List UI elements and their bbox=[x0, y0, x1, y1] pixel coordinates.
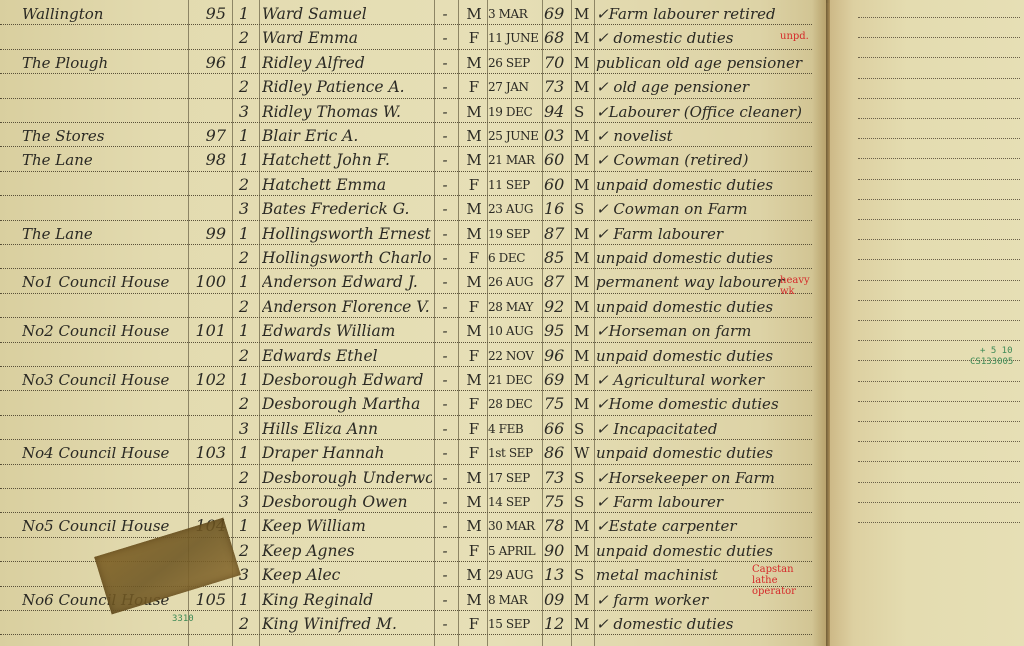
sex-cell: M bbox=[462, 1, 486, 25]
sub-number-cell: 2 bbox=[232, 391, 256, 415]
officer-cell: - bbox=[436, 123, 454, 147]
birth-year-cell: 78 bbox=[544, 513, 570, 537]
sex-cell: F bbox=[462, 25, 486, 49]
right-page: + 5 10 CS133005 bbox=[830, 0, 1024, 646]
officer-cell: - bbox=[436, 1, 454, 25]
schedule-number-cell bbox=[188, 245, 230, 269]
sub-number-cell: 3 bbox=[232, 196, 256, 220]
officer-cell: - bbox=[436, 99, 454, 123]
address-cell: No4 Council House bbox=[22, 440, 182, 464]
sex-cell: M bbox=[462, 318, 486, 342]
sex-cell: F bbox=[462, 343, 486, 367]
left-page: Wallington951Ward Samuel-M3 MAR69M✓Farm … bbox=[0, 0, 826, 646]
schedule-number-cell: 101 bbox=[188, 318, 230, 342]
address-cell bbox=[22, 489, 182, 513]
name-cell: King Reginald bbox=[262, 587, 432, 611]
officer-cell: - bbox=[436, 465, 454, 489]
sex-cell: F bbox=[462, 74, 486, 98]
name-cell: Ridley Thomas W. bbox=[262, 99, 432, 123]
schedule-number-cell bbox=[188, 465, 230, 489]
name-cell: Anderson Edward J. bbox=[262, 269, 432, 293]
ruled-line bbox=[858, 199, 1020, 200]
birth-year-cell: 03 bbox=[544, 123, 570, 147]
table-row: 2Edwards Ethel-F22 NOV96Munpaid domestic… bbox=[0, 343, 812, 367]
officer-cell: - bbox=[436, 440, 454, 464]
ruled-line bbox=[858, 57, 1020, 58]
occupation-cell: ✓Horseman on farm bbox=[596, 318, 816, 342]
birth-date-cell: 26 AUG bbox=[488, 269, 544, 293]
address-cell: Wallington bbox=[22, 1, 182, 25]
ruled-line bbox=[858, 138, 1020, 139]
sex-cell: F bbox=[462, 391, 486, 415]
marital-status-cell: M bbox=[574, 513, 594, 537]
marital-status-cell: S bbox=[574, 196, 594, 220]
marital-status-cell: M bbox=[574, 611, 594, 635]
marital-status-cell: M bbox=[574, 50, 594, 74]
birth-date-cell: 29 AUG bbox=[488, 562, 544, 586]
occupation-cell: unpaid domestic duties bbox=[596, 538, 816, 562]
occupation-cell: ✓Estate carpenter bbox=[596, 513, 816, 537]
schedule-number-cell bbox=[188, 25, 230, 49]
sex-cell: F bbox=[462, 538, 486, 562]
name-cell: Keep Alec bbox=[262, 562, 432, 586]
officer-cell: - bbox=[436, 611, 454, 635]
ruled-line bbox=[858, 320, 1020, 321]
address-cell: No3 Council House bbox=[22, 367, 182, 391]
officer-cell: - bbox=[436, 538, 454, 562]
birth-year-cell: 87 bbox=[544, 221, 570, 245]
occupation-cell: ✓ Cowman on Farm bbox=[596, 196, 816, 220]
marital-status-cell: M bbox=[574, 318, 594, 342]
schedule-number-cell bbox=[188, 294, 230, 318]
sex-cell: M bbox=[462, 513, 486, 537]
schedule-number-cell: 95 bbox=[188, 1, 230, 25]
marital-status-cell: M bbox=[574, 269, 594, 293]
table-row: 3Bates Frederick G.-M23 AUG16S✓ Cowman o… bbox=[0, 196, 812, 220]
sex-cell: M bbox=[462, 562, 486, 586]
name-cell: Blair Eric A. bbox=[262, 123, 432, 147]
name-cell: Edwards William bbox=[262, 318, 432, 342]
sex-cell: F bbox=[462, 245, 486, 269]
birth-year-cell: 66 bbox=[544, 416, 570, 440]
marital-status-cell: S bbox=[574, 416, 594, 440]
table-row: Wallington951Ward Samuel-M3 MAR69M✓Farm … bbox=[0, 1, 812, 25]
occupation-cell: unpaid domestic duties bbox=[596, 440, 816, 464]
sex-cell: M bbox=[462, 587, 486, 611]
birth-year-cell: 90 bbox=[544, 538, 570, 562]
green-reference-right-2: CS133005 bbox=[970, 357, 1013, 367]
sub-number-cell: 1 bbox=[232, 50, 256, 74]
sub-number-cell: 1 bbox=[232, 123, 256, 147]
birth-year-cell: 12 bbox=[544, 611, 570, 635]
table-row: No5 Council House1041Keep William-M30 MA… bbox=[0, 513, 812, 537]
marital-status-cell: S bbox=[574, 562, 594, 586]
officer-cell: - bbox=[436, 74, 454, 98]
sex-cell: F bbox=[462, 294, 486, 318]
officer-cell: - bbox=[436, 294, 454, 318]
table-row: No2 Council House1011Edwards William-M10… bbox=[0, 318, 812, 342]
address-cell: No1 Council House bbox=[22, 269, 182, 293]
birth-date-cell: 21 MAR bbox=[488, 147, 544, 171]
name-cell: King Winifred M. bbox=[262, 611, 432, 635]
schedule-number-cell: 97 bbox=[188, 123, 230, 147]
sub-number-cell: 1 bbox=[232, 269, 256, 293]
table-row: 3Desborough Owen-M14 SEP75S✓ Farm labour… bbox=[0, 489, 812, 513]
occupation-cell: unpaid domestic duties bbox=[596, 343, 816, 367]
marital-status-cell: M bbox=[574, 587, 594, 611]
birth-date-cell: 4 FEB bbox=[488, 416, 544, 440]
officer-cell: - bbox=[436, 147, 454, 171]
table-row: 2Desborough Underwood-M17 SEP73S✓Horseke… bbox=[0, 465, 812, 489]
ruled-line bbox=[858, 461, 1020, 462]
birth-year-cell: 09 bbox=[544, 587, 570, 611]
green-reference-right-1: + 5 10 bbox=[980, 346, 1013, 356]
birth-year-cell: 16 bbox=[544, 196, 570, 220]
ruled-line bbox=[858, 502, 1020, 503]
occupation-cell: unpaid domestic duties bbox=[596, 294, 816, 318]
table-row: The Lane981Hatchett John F.-M21 MAR60M✓ … bbox=[0, 147, 812, 171]
officer-cell: - bbox=[436, 489, 454, 513]
sex-cell: F bbox=[462, 611, 486, 635]
name-cell: Keep Agnes bbox=[262, 538, 432, 562]
marital-status-cell: M bbox=[574, 1, 594, 25]
table-row: 2King Winifred M.-F15 SEP12M✓ domestic d… bbox=[0, 611, 812, 635]
officer-cell: - bbox=[436, 343, 454, 367]
schedule-number-cell bbox=[188, 611, 230, 635]
green-reference-left: 3310 bbox=[172, 614, 194, 624]
sub-number-cell: 1 bbox=[232, 440, 256, 464]
name-cell: Hills Eliza Ann bbox=[262, 416, 432, 440]
schedule-number-cell bbox=[188, 343, 230, 367]
address-cell bbox=[22, 416, 182, 440]
schedule-number-cell: 96 bbox=[188, 50, 230, 74]
occupation-cell: ✓ Cowman (retired) bbox=[596, 147, 816, 171]
birth-date-cell: 6 DEC bbox=[488, 245, 544, 269]
register-spread: Wallington951Ward Samuel-M3 MAR69M✓Farm … bbox=[0, 0, 1024, 646]
sub-number-cell: 3 bbox=[232, 416, 256, 440]
sub-number-cell: 2 bbox=[232, 294, 256, 318]
marital-status-cell: M bbox=[574, 391, 594, 415]
sub-number-cell: 1 bbox=[232, 513, 256, 537]
address-cell bbox=[22, 245, 182, 269]
birth-date-cell: 23 AUG bbox=[488, 196, 544, 220]
ruled-line bbox=[858, 17, 1020, 18]
officer-cell: - bbox=[436, 391, 454, 415]
birth-date-cell: 11 JUNE bbox=[488, 25, 544, 49]
schedule-number-cell bbox=[188, 172, 230, 196]
officer-cell: - bbox=[436, 367, 454, 391]
schedule-number-cell bbox=[188, 99, 230, 123]
occupation-cell: ✓Horsekeeper on Farm bbox=[596, 465, 816, 489]
marital-status-cell: M bbox=[574, 367, 594, 391]
birth-date-cell: 19 SEP bbox=[488, 221, 544, 245]
occupation-cell: ✓ novelist bbox=[596, 123, 816, 147]
address-cell bbox=[22, 465, 182, 489]
sub-number-cell: 1 bbox=[232, 147, 256, 171]
officer-cell: - bbox=[436, 172, 454, 196]
address-cell: No2 Council House bbox=[22, 318, 182, 342]
name-cell: Keep William bbox=[262, 513, 432, 537]
ruled-line bbox=[858, 522, 1020, 523]
ruled-line bbox=[858, 118, 1020, 119]
table-row: No4 Council House1031Draper Hannah-F1st … bbox=[0, 440, 812, 464]
occupation-cell: unpaid domestic duties bbox=[596, 245, 816, 269]
birth-date-cell: 25 JUNE bbox=[488, 123, 544, 147]
sex-cell: F bbox=[462, 440, 486, 464]
sub-number-cell: 1 bbox=[232, 318, 256, 342]
schedule-number-cell: 103 bbox=[188, 440, 230, 464]
name-cell: Anderson Florence V. bbox=[262, 294, 432, 318]
officer-cell: - bbox=[436, 562, 454, 586]
birth-date-cell: 5 APRIL bbox=[488, 538, 544, 562]
birth-year-cell: 85 bbox=[544, 245, 570, 269]
address-cell bbox=[22, 611, 182, 635]
table-row: 3Ridley Thomas W.-M19 DEC94S✓Labourer (O… bbox=[0, 99, 812, 123]
ruled-line bbox=[858, 259, 1020, 260]
birth-date-cell: 14 SEP bbox=[488, 489, 544, 513]
officer-cell: - bbox=[436, 318, 454, 342]
birth-date-cell: 30 MAR bbox=[488, 513, 544, 537]
table-row: 3Hills Eliza Ann-F4 FEB66S✓ Incapacitate… bbox=[0, 416, 812, 440]
ruled-line bbox=[858, 482, 1020, 483]
birth-year-cell: 75 bbox=[544, 391, 570, 415]
name-cell: Draper Hannah bbox=[262, 440, 432, 464]
sub-number-cell: 2 bbox=[232, 172, 256, 196]
marital-status-cell: M bbox=[574, 123, 594, 147]
name-cell: Hatchett Emma bbox=[262, 172, 432, 196]
sex-cell: M bbox=[462, 123, 486, 147]
name-cell: Ward Samuel bbox=[262, 1, 432, 25]
birth-date-cell: 10 AUG bbox=[488, 318, 544, 342]
officer-cell: - bbox=[436, 221, 454, 245]
occupation-cell: ✓ Farm labourer bbox=[596, 221, 816, 245]
birth-year-cell: 95 bbox=[544, 318, 570, 342]
sex-cell: M bbox=[462, 269, 486, 293]
sub-number-cell: 2 bbox=[232, 465, 256, 489]
table-row: 2Ward Emma-F11 JUNE68M✓ domestic dutiesu… bbox=[0, 25, 812, 49]
name-cell: Desborough Underwood bbox=[262, 465, 432, 489]
address-cell: The Lane bbox=[22, 221, 182, 245]
sex-cell: M bbox=[462, 489, 486, 513]
table-row: The Stores971Blair Eric A.-M25 JUNE03M✓ … bbox=[0, 123, 812, 147]
marital-status-cell: S bbox=[574, 465, 594, 489]
ruled-line bbox=[858, 401, 1020, 402]
address-cell bbox=[22, 294, 182, 318]
birth-date-cell: 21 DEC bbox=[488, 367, 544, 391]
occupation-cell: ✓ old age pensioner bbox=[596, 74, 816, 98]
schedule-number-cell bbox=[188, 74, 230, 98]
occupation-cell: ✓ domestic duties bbox=[596, 611, 816, 635]
occupation-cell: publican old age pensioner bbox=[596, 50, 816, 74]
birth-date-cell: 8 MAR bbox=[488, 587, 544, 611]
birth-year-cell: 70 bbox=[544, 50, 570, 74]
address-cell bbox=[22, 196, 182, 220]
table-row: 2Hatchett Emma-F11 SEP60Munpaid domestic… bbox=[0, 172, 812, 196]
address-cell: No5 Council House bbox=[22, 513, 182, 537]
birth-date-cell: 19 DEC bbox=[488, 99, 544, 123]
table-row: The Lane991Hollingsworth Ernest-M19 SEP8… bbox=[0, 221, 812, 245]
name-cell: Desborough Edward bbox=[262, 367, 432, 391]
address-cell bbox=[22, 99, 182, 123]
schedule-number-cell: 100 bbox=[188, 269, 230, 293]
address-cell: The Plough bbox=[22, 50, 182, 74]
ruled-line bbox=[858, 239, 1020, 240]
sub-number-cell: 2 bbox=[232, 245, 256, 269]
birth-year-cell: 69 bbox=[544, 1, 570, 25]
table-row: 2Hollingsworth Charlotte-F6 DEC85Munpaid… bbox=[0, 245, 812, 269]
schedule-number-cell: 98 bbox=[188, 147, 230, 171]
marital-status-cell: S bbox=[574, 99, 594, 123]
schedule-number-cell: 99 bbox=[188, 221, 230, 245]
ruled-line bbox=[858, 78, 1020, 79]
red-annotation: unpd. bbox=[780, 31, 809, 42]
birth-year-cell: 60 bbox=[544, 147, 570, 171]
ruled-line bbox=[858, 340, 1020, 341]
table-row: No1 Council House1001Anderson Edward J.-… bbox=[0, 269, 812, 293]
birth-date-cell: 22 NOV bbox=[488, 343, 544, 367]
birth-date-cell: 28 DEC bbox=[488, 391, 544, 415]
marital-status-cell: M bbox=[574, 147, 594, 171]
name-cell: Ward Emma bbox=[262, 25, 432, 49]
address-cell bbox=[22, 343, 182, 367]
birth-year-cell: 60 bbox=[544, 172, 570, 196]
birth-year-cell: 87 bbox=[544, 269, 570, 293]
marital-status-cell: M bbox=[574, 25, 594, 49]
ruled-line bbox=[858, 300, 1020, 301]
marital-status-cell: M bbox=[574, 294, 594, 318]
table-row: No3 Council House1021Desborough Edward-M… bbox=[0, 367, 812, 391]
birth-date-cell: 28 MAY bbox=[488, 294, 544, 318]
occupation-cell: ✓Home domestic duties bbox=[596, 391, 816, 415]
birth-year-cell: 75 bbox=[544, 489, 570, 513]
ruled-line bbox=[858, 37, 1020, 38]
marital-status-cell: M bbox=[574, 245, 594, 269]
occupation-cell: ✓ Incapacitated bbox=[596, 416, 816, 440]
occupation-cell: unpaid domestic duties bbox=[596, 172, 816, 196]
officer-cell: - bbox=[436, 245, 454, 269]
birth-year-cell: 86 bbox=[544, 440, 570, 464]
sub-number-cell: 2 bbox=[232, 611, 256, 635]
ruled-line bbox=[858, 441, 1020, 442]
birth-year-cell: 94 bbox=[544, 99, 570, 123]
name-cell: Bates Frederick G. bbox=[262, 196, 432, 220]
sex-cell: M bbox=[462, 99, 486, 123]
sex-cell: M bbox=[462, 50, 486, 74]
sex-cell: F bbox=[462, 416, 486, 440]
sub-number-cell: 2 bbox=[232, 25, 256, 49]
marital-status-cell: W bbox=[574, 440, 594, 464]
occupation-cell: ✓Labourer (Office cleaner) bbox=[596, 99, 816, 123]
schedule-number-cell bbox=[188, 196, 230, 220]
ruled-line bbox=[858, 219, 1020, 220]
marital-status-cell: S bbox=[574, 489, 594, 513]
name-cell: Desborough Owen bbox=[262, 489, 432, 513]
ruled-line bbox=[858, 421, 1020, 422]
officer-cell: - bbox=[436, 25, 454, 49]
schedule-number-cell bbox=[188, 489, 230, 513]
officer-cell: - bbox=[436, 50, 454, 74]
birth-year-cell: 96 bbox=[544, 343, 570, 367]
marital-status-cell: M bbox=[574, 343, 594, 367]
schedule-number-cell bbox=[188, 391, 230, 415]
officer-cell: - bbox=[436, 269, 454, 293]
birth-year-cell: 13 bbox=[544, 562, 570, 586]
address-cell: The Lane bbox=[22, 147, 182, 171]
table-row: 2Ridley Patience A.-F27 JAN73M✓ old age … bbox=[0, 74, 812, 98]
table-row: 2Desborough Martha-F28 DEC75M✓Home domes… bbox=[0, 391, 812, 415]
address-cell bbox=[22, 172, 182, 196]
name-cell: Hollingsworth Charlotte bbox=[262, 245, 432, 269]
officer-cell: - bbox=[436, 587, 454, 611]
birth-date-cell: 26 SEP bbox=[488, 50, 544, 74]
sub-number-cell: 2 bbox=[232, 74, 256, 98]
sex-cell: M bbox=[462, 367, 486, 391]
marital-status-cell: M bbox=[574, 172, 594, 196]
sub-number-cell: 1 bbox=[232, 1, 256, 25]
ruled-line bbox=[858, 280, 1020, 281]
occupation-cell: ✓ Agricultural worker bbox=[596, 367, 816, 391]
name-cell: Ridley Alfred bbox=[262, 50, 432, 74]
officer-cell: - bbox=[436, 416, 454, 440]
officer-cell: - bbox=[436, 513, 454, 537]
name-cell: Hollingsworth Ernest bbox=[262, 221, 432, 245]
sub-number-cell: 1 bbox=[232, 221, 256, 245]
sub-number-cell: 3 bbox=[232, 489, 256, 513]
name-cell: Edwards Ethel bbox=[262, 343, 432, 367]
sub-number-cell: 2 bbox=[232, 343, 256, 367]
ruled-line bbox=[858, 179, 1020, 180]
occupation-cell: ✓ farm worker bbox=[596, 587, 816, 611]
marital-status-cell: M bbox=[574, 538, 594, 562]
sex-cell: M bbox=[462, 465, 486, 489]
table-row: 2Anderson Florence V.-F28 MAY92Munpaid d… bbox=[0, 294, 812, 318]
address-cell bbox=[22, 391, 182, 415]
name-cell: Desborough Martha bbox=[262, 391, 432, 415]
sub-number-cell: 1 bbox=[232, 367, 256, 391]
birth-year-cell: 73 bbox=[544, 74, 570, 98]
birth-year-cell: 69 bbox=[544, 367, 570, 391]
birth-date-cell: 3 MAR bbox=[488, 1, 544, 25]
name-cell: Ridley Patience A. bbox=[262, 74, 432, 98]
address-cell: The Stores bbox=[22, 123, 182, 147]
ruled-line bbox=[858, 98, 1020, 99]
sex-cell: M bbox=[462, 221, 486, 245]
marital-status-cell: M bbox=[574, 74, 594, 98]
occupation-cell: ✓Farm labourer retired bbox=[596, 1, 816, 25]
sex-cell: F bbox=[462, 172, 486, 196]
table-row: The Plough961Ridley Alfred-M26 SEP70Mpub… bbox=[0, 50, 812, 74]
birth-date-cell: 11 SEP bbox=[488, 172, 544, 196]
officer-cell: - bbox=[436, 196, 454, 220]
birth-year-cell: 92 bbox=[544, 294, 570, 318]
address-cell bbox=[22, 74, 182, 98]
birth-date-cell: 27 JAN bbox=[488, 74, 544, 98]
birth-year-cell: 73 bbox=[544, 465, 570, 489]
sex-cell: M bbox=[462, 147, 486, 171]
marital-status-cell: M bbox=[574, 221, 594, 245]
birth-date-cell: 17 SEP bbox=[488, 465, 544, 489]
birth-date-cell: 15 SEP bbox=[488, 611, 544, 635]
schedule-number-cell: 105 bbox=[188, 587, 230, 611]
address-cell bbox=[22, 25, 182, 49]
sex-cell: M bbox=[462, 196, 486, 220]
schedule-number-cell: 102 bbox=[188, 367, 230, 391]
occupation-cell: ✓ Farm labourer bbox=[596, 489, 816, 513]
schedule-number-cell bbox=[188, 416, 230, 440]
name-cell: Hatchett John F. bbox=[262, 147, 432, 171]
birth-year-cell: 68 bbox=[544, 25, 570, 49]
sub-number-cell: 1 bbox=[232, 587, 256, 611]
